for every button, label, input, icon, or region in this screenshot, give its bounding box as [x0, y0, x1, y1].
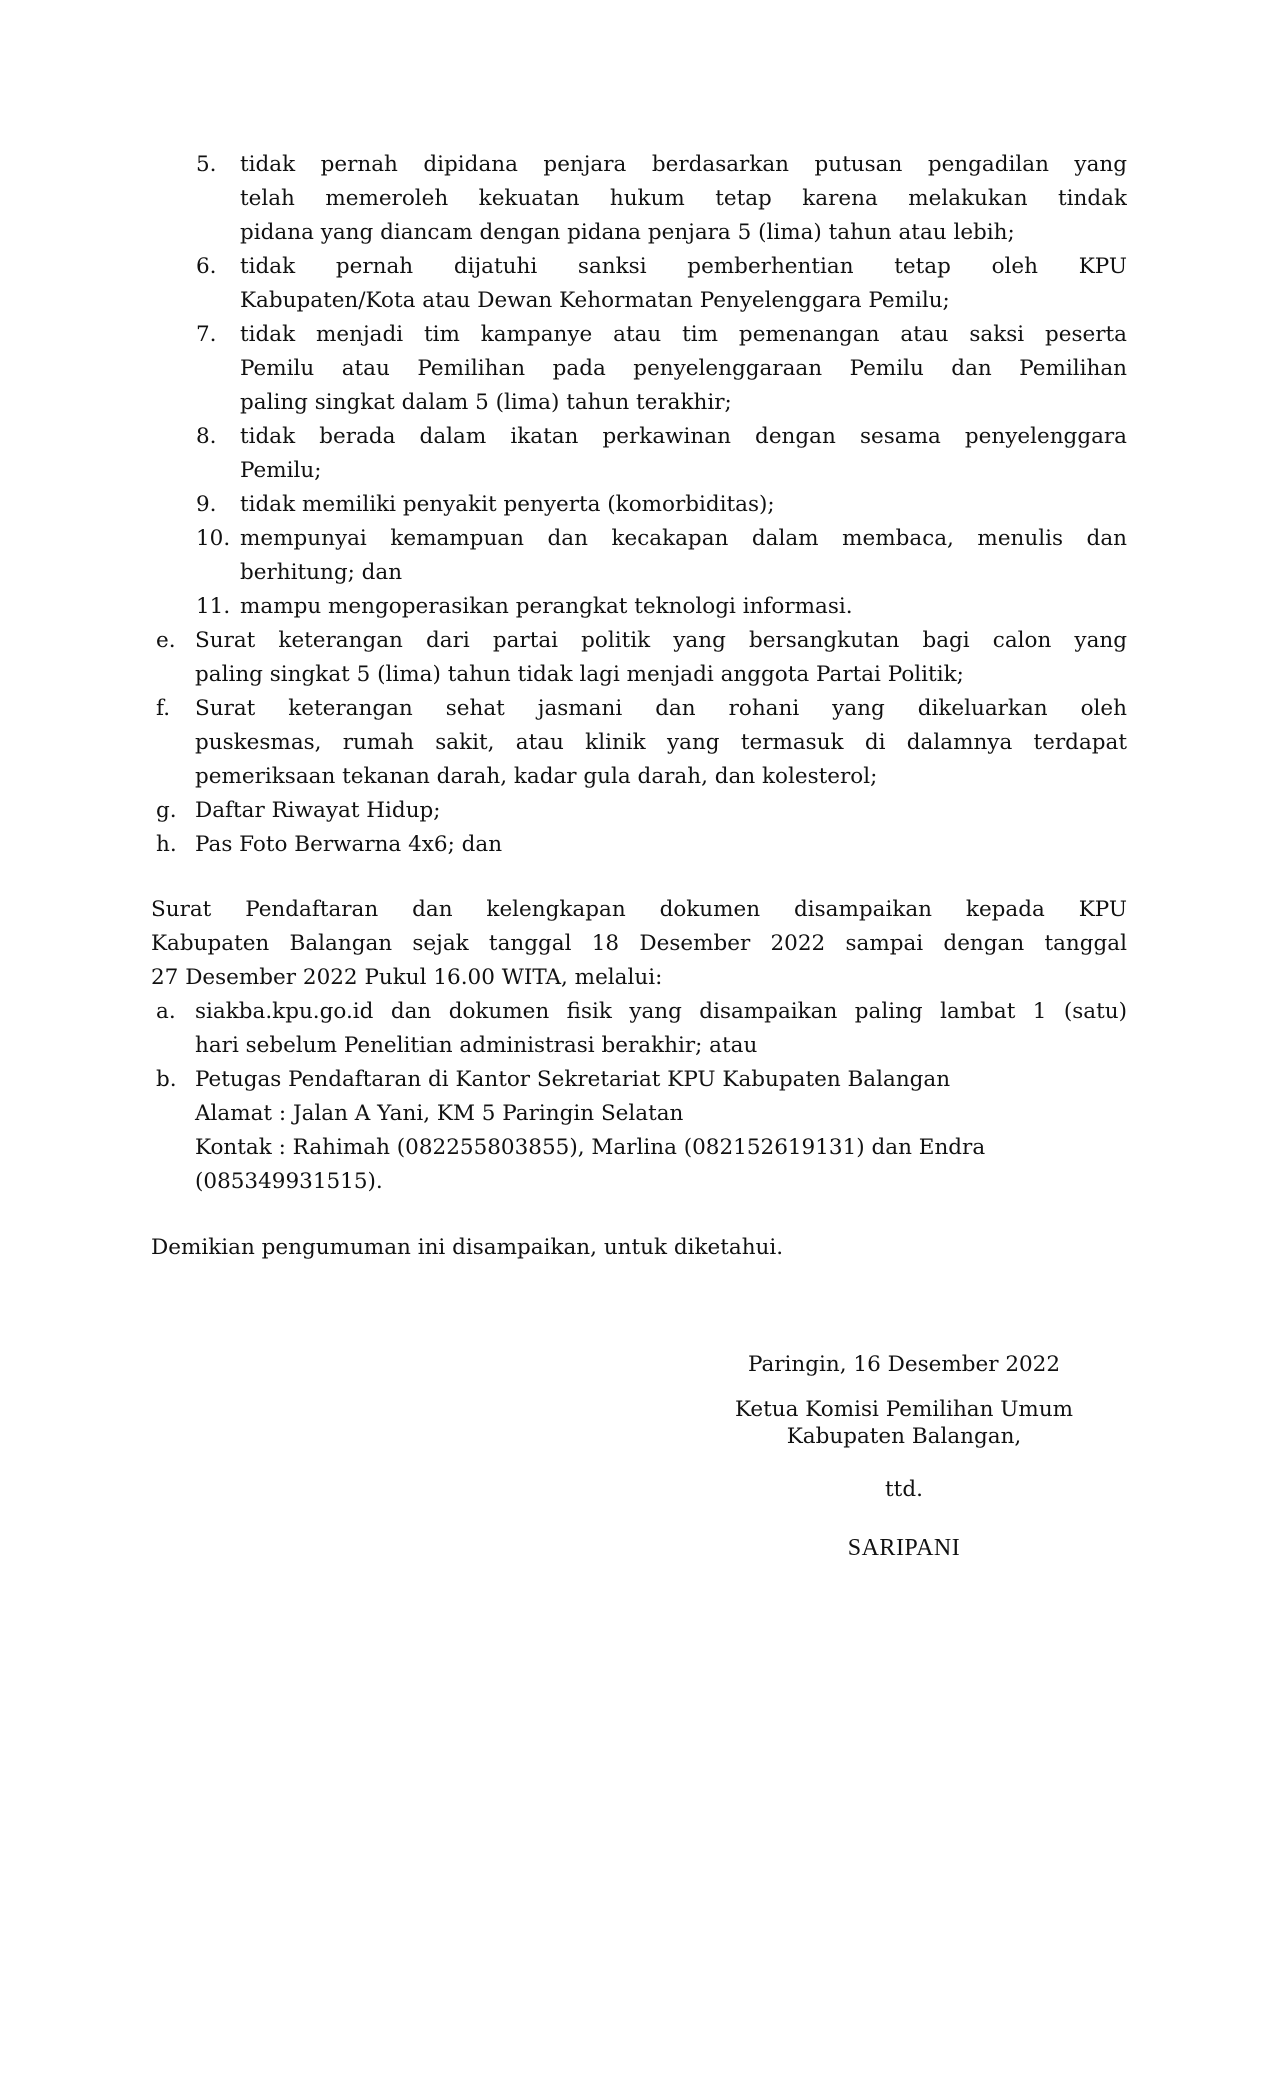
document-page: 5. tidak pernah dipidana penjara berdasa…	[0, 0, 1275, 2100]
paragraph-line: Surat Pendaftaran dan kelengkapan dokume…	[151, 893, 1127, 927]
list-item-line: puskesmas, rumah sakit, atau klinik yang…	[195, 726, 1127, 760]
list-item-line: tidak memiliki penyakit penyerta (komorb…	[240, 488, 775, 522]
paragraph-line: Kabupaten Balangan sejak tanggal 18 Dese…	[151, 927, 1127, 961]
list-marker: a.	[156, 995, 176, 1029]
list-marker: f.	[156, 692, 170, 726]
list-marker: 6.	[196, 250, 217, 284]
list-item-line: Kabupaten/Kota atau Dewan Kehormatan Pen…	[240, 284, 950, 318]
list-marker: e.	[156, 624, 176, 658]
list-marker: 10.	[196, 522, 230, 556]
list-item-line: tidak berada dalam ikatan perkawinan den…	[240, 420, 1127, 454]
list-marker: 5.	[196, 148, 217, 182]
list-marker: h.	[156, 828, 177, 862]
list-item-line: paling singkat 5 (lima) tahun tidak lagi…	[195, 658, 964, 692]
list-marker: 9.	[196, 488, 217, 522]
contact-line: (085349931515).	[195, 1165, 383, 1199]
list-item-line: mempunyai kemampuan dan kecakapan dalam …	[240, 522, 1127, 556]
list-item-line: Surat keterangan dari partai politik yan…	[195, 624, 1127, 658]
list-item-line: mampu mengoperasikan perangkat teknologi…	[240, 590, 853, 624]
list-marker: g.	[156, 794, 177, 828]
list-item-line: Surat keterangan sehat jasmani dan rohan…	[195, 692, 1127, 726]
list-item-line: pidana yang diancam dengan pidana penjar…	[240, 216, 1015, 250]
list-marker: 7.	[196, 318, 217, 352]
list-item-line: Pemilu atau Pemilihan pada penyelenggara…	[240, 352, 1127, 386]
list-item-line: Daftar Riwayat Hidup;	[195, 794, 441, 828]
closing-sentence: Demikian pengumuman ini disampaikan, unt…	[151, 1231, 783, 1265]
list-item-line: pemeriksaan tekanan darah, kadar gula da…	[195, 760, 877, 794]
list-item-line: tidak menjadi tim kampanye atau tim peme…	[240, 318, 1127, 352]
paragraph-line: 27 Desember 2022 Pukul 16.00 WITA, melal…	[151, 961, 662, 995]
contact-line: Kontak : Rahimah (082255803855), Marlina…	[195, 1131, 985, 1165]
list-item-line: Petugas Pendaftaran di Kantor Sekretaria…	[195, 1063, 950, 1097]
address-line: Alamat : Jalan A Yani, KM 5 Paringin Sel…	[195, 1097, 683, 1131]
list-item-line: paling singkat dalam 5 (lima) tahun tera…	[240, 386, 732, 420]
signatory-name: SARIPANI	[704, 1531, 1104, 1565]
signature-title: Kabupaten Balangan,	[704, 1420, 1104, 1454]
list-item-line: tidak pernah dipidana penjara berdasarka…	[240, 148, 1127, 182]
list-item-line: Pas Foto Berwarna 4x6; dan	[195, 828, 502, 862]
list-item-line: hari sebelum Penelitian administrasi ber…	[195, 1029, 757, 1063]
list-marker: 11.	[196, 590, 230, 624]
signature-signed-note: ttd.	[704, 1473, 1104, 1507]
list-marker: b.	[156, 1063, 177, 1097]
signature-place-date: Paringin, 16 Desember 2022	[704, 1348, 1104, 1382]
list-item-line: siakba.kpu.go.id dan dokumen fisik yang …	[195, 995, 1127, 1029]
list-item-line: berhitung; dan	[240, 556, 402, 590]
list-item-line: tidak pernah dijatuhi sanksi pemberhenti…	[240, 250, 1127, 284]
list-item-line: telah memeroleh kekuatan hukum tetap kar…	[240, 182, 1127, 216]
list-marker: 8.	[196, 420, 217, 454]
list-item-line: Pemilu;	[240, 454, 321, 488]
